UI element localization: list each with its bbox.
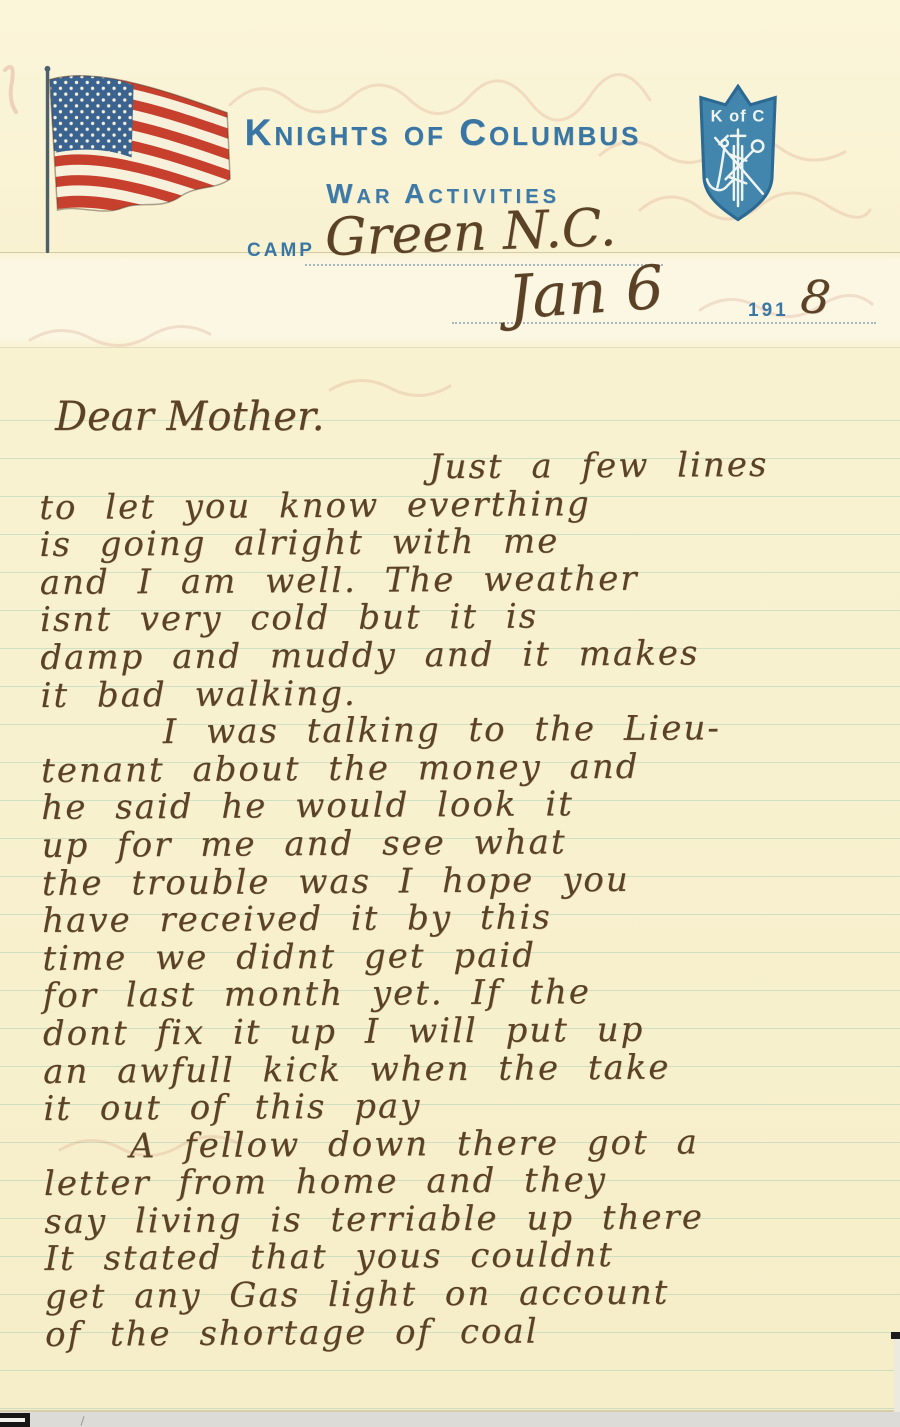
- scanner-background-strip: [0, 1412, 900, 1427]
- letter-line: it bad walking.: [40, 672, 885, 715]
- letter-line: he said he would look it: [41, 784, 886, 827]
- year-printed-prefix: 191: [748, 300, 789, 322]
- date-handwritten-value: Jan 6: [506, 253, 666, 334]
- letter-line: get any Gas light on account: [45, 1273, 890, 1316]
- letter-line: an awfull kick when the take: [43, 1048, 888, 1091]
- letter-line: of the shortage of coal: [45, 1311, 890, 1354]
- letter-line: is going alright with me: [39, 521, 884, 564]
- letter-line: A fellow down there got a: [44, 1123, 889, 1166]
- letter-line: have received it by this: [42, 897, 887, 940]
- letter-line: isnt very cold but it is: [40, 596, 885, 639]
- letter-line: and I am well. The weather: [40, 559, 885, 602]
- letter-line: damp and muddy and it makes: [40, 634, 885, 677]
- letter-line: it out of this pay: [43, 1085, 888, 1128]
- salutation: Dear Mother.: [55, 394, 324, 440]
- us-flag-icon: [36, 62, 236, 257]
- letter-line: up for me and see what: [41, 822, 886, 865]
- letter-line: dont fix it up I will put up: [43, 1010, 888, 1053]
- kofc-shield-icon: K of C: [676, 84, 800, 229]
- letter-line: for last month yet. If the: [43, 972, 888, 1015]
- letter-line: to let you know everthing: [39, 484, 884, 527]
- fold-crease: [0, 347, 900, 348]
- emblem-label: K of C: [711, 106, 766, 125]
- letter-line: time we didnt get paid: [42, 935, 887, 978]
- letter-line: It stated that yous couldnt: [44, 1236, 889, 1279]
- camp-handwritten-value: Green N.C.: [324, 198, 617, 268]
- scanner-corner-tab: [0, 1413, 30, 1427]
- letter-line: the trouble was I hope you: [42, 860, 887, 903]
- scan-edge-strip: [894, 1339, 900, 1412]
- letter-line: letter from home and they: [44, 1160, 889, 1203]
- letter-line: I was talking to the Lieu-: [41, 709, 886, 752]
- letter-body: Just a few linesto let you know everthin…: [39, 446, 890, 1354]
- letter-line: say living is terriable up there: [44, 1198, 889, 1241]
- year-handwritten-digit: 8: [798, 269, 833, 326]
- org-title: Knights of Columbus: [218, 112, 668, 154]
- scanned-letter-page: K of C Knights of Columbus War Activitie…: [0, 0, 900, 1427]
- letter-line: Just a few lines: [39, 446, 884, 489]
- scan-edge-mark: [891, 1332, 900, 1339]
- letter-line: tenant about the money and: [41, 747, 886, 790]
